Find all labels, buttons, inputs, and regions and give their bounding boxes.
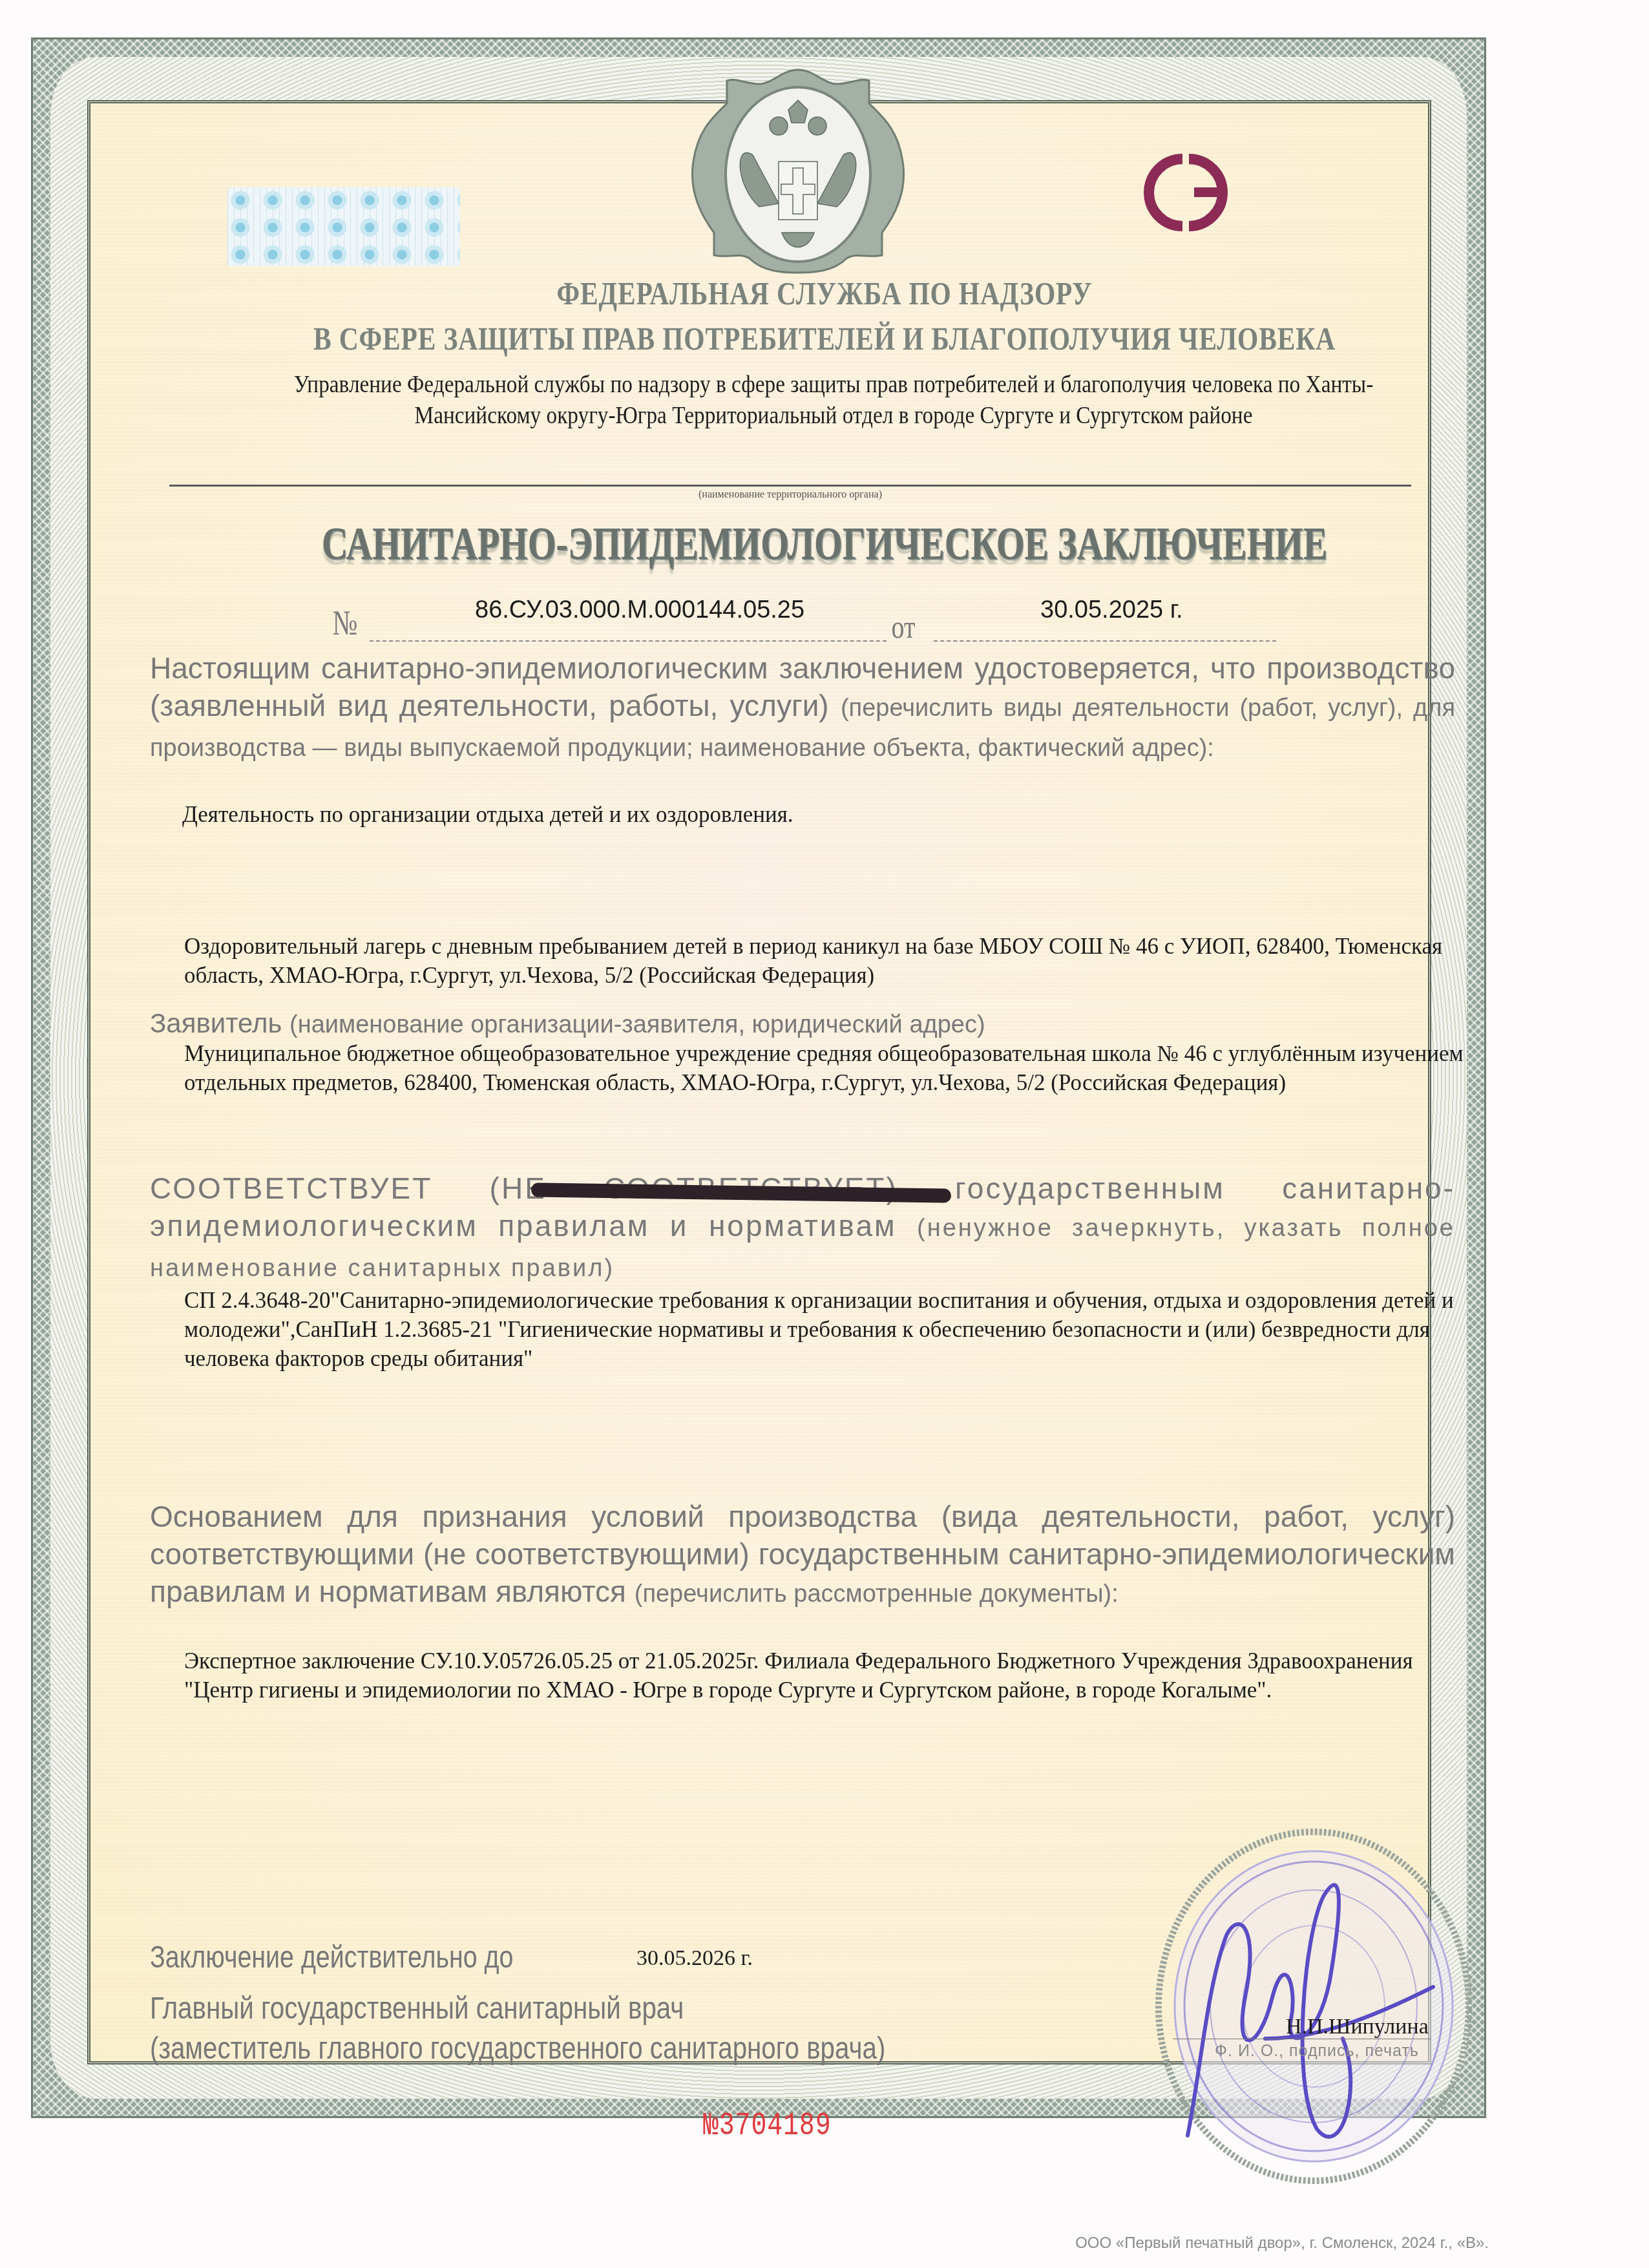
- signatory-title: Главный государственный санитарный врач …: [150, 1989, 885, 2069]
- number-underline: [370, 640, 887, 642]
- applicant-hint: (наименование организации-заявителя, юри…: [289, 1011, 985, 1038]
- signatory-title-line2: (заместитель главного государственного с…: [150, 2029, 885, 2069]
- activity-value: Деятельность по организации отдыха детей…: [182, 800, 1462, 829]
- territorial-body-underline: [169, 485, 1411, 487]
- form-serial-number: №3704189: [703, 2108, 831, 2145]
- se-logo-icon: [1137, 147, 1234, 238]
- signatory-name: Н.П.Шипулина: [1286, 2015, 1429, 2039]
- agency-title-line1: ФЕДЕРАЛЬНАЯ СЛУЖБА ПО НАДЗОРУ: [140, 275, 1509, 312]
- applicant-heading: Заявитель (наименование организации-заяв…: [150, 1005, 1455, 1044]
- coat-of-arms-emblem-icon: [675, 65, 921, 278]
- issue-date: 30.05.2025 г.: [1040, 596, 1183, 624]
- official-seal-stamp-icon: [1149, 1825, 1478, 2187]
- object-value: Оздоровительный лагерь с дневным пребыва…: [184, 932, 1464, 990]
- validity-date: 30.05.2026 г.: [636, 1946, 753, 1971]
- number-label: №: [332, 603, 357, 643]
- applicant-label: Заявитель: [150, 1008, 282, 1038]
- date-underline: [934, 640, 1276, 642]
- signatory-title-line1: Главный государственный санитарный врач: [150, 1989, 885, 2029]
- basis-hint-text: (перечислить рассмотренные документы):: [635, 1580, 1119, 1608]
- sanitary-rules-value: СП 2.4.3648-20"Санитарно-эпидемиологичес…: [184, 1286, 1464, 1373]
- validity-label: Заключение действительно до: [150, 1940, 513, 1975]
- applicant-value: Муниципальное бюджетное общеобразователь…: [184, 1039, 1464, 1097]
- territorial-body-caption: (наименование территориального органа): [169, 489, 1411, 501]
- date-label: от: [892, 608, 916, 646]
- signature-caption: Ф. И. О., подпись, печать: [1215, 2042, 1419, 2061]
- agency-title-line2: В СФЕРЕ ЗАЩИТЫ ПРАВ ПОТРЕБИТЕЛЕЙ И БЛАГО…: [140, 320, 1509, 357]
- conclusion-number: 86.СУ.03.000.М.000144.05.25: [475, 596, 804, 624]
- document-title: САНИТАРНО-ЭПИДЕМИОЛОГИЧЕСКОЕ ЗАКЛЮЧЕНИЕ: [182, 517, 1468, 571]
- territorial-body-name: Управление Федеральной службы по надзору…: [235, 370, 1433, 432]
- basis-statement: Основанием для признания условий произво…: [150, 1498, 1455, 1613]
- printer-imprint: ООО «Первый печатный двор», г. Смоленск,…: [1075, 2234, 1489, 2252]
- certify-statement: Настоящим санитарно-эпидемиологическим з…: [150, 649, 1455, 767]
- basis-documents-value: Экспертное заключение СУ.10.У.05726.05.2…: [184, 1646, 1464, 1705]
- signature-underline: [1173, 2039, 1431, 2039]
- hologram-icon: [227, 187, 460, 266]
- conclusion-number-row: № 86.СУ.03.000.М.000144.05.25 от 30.05.2…: [0, 591, 1649, 643]
